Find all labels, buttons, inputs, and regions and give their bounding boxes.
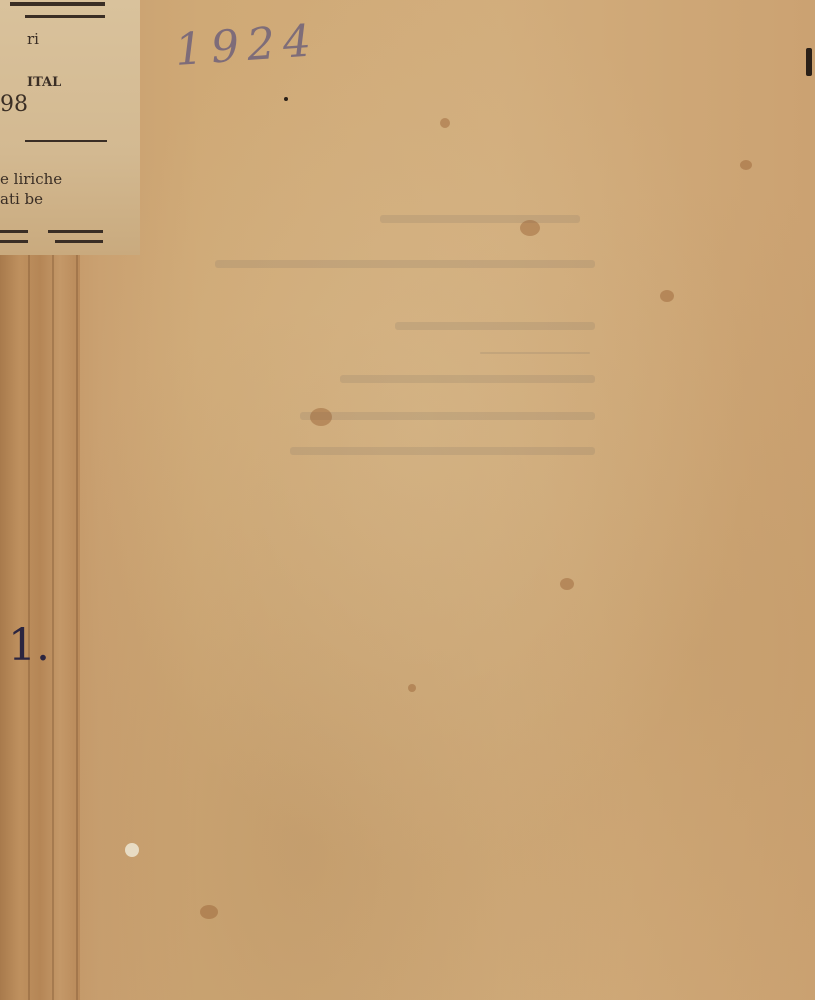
- bleed-through-line: [395, 322, 595, 330]
- label-line-4: e liriche: [0, 170, 62, 188]
- bleed-through-rule: [480, 352, 590, 354]
- worn-spot: [125, 843, 139, 857]
- label-line-5: ati be: [0, 190, 43, 208]
- label-rule: [55, 240, 103, 243]
- bleed-through-line: [300, 412, 595, 420]
- bleed-through-line: [380, 215, 580, 223]
- label-rule: [10, 2, 105, 6]
- bleed-through-line: [215, 260, 595, 268]
- stain-spot: [440, 118, 450, 128]
- stain-spot: [310, 408, 332, 426]
- bleed-through-line: [290, 447, 595, 455]
- label-line-2: ITAL: [27, 75, 61, 90]
- stain-spot: [560, 578, 574, 590]
- stain-spot: [200, 905, 218, 919]
- spine-handwritten-mark: 1.: [8, 620, 50, 671]
- label-rule: [0, 230, 28, 233]
- label-rule: [0, 240, 28, 243]
- label-rule: [25, 15, 105, 18]
- label-rule: [48, 230, 103, 233]
- label-rule: [25, 140, 107, 142]
- stain-spot: [660, 290, 674, 302]
- ink-dot: [284, 97, 288, 101]
- spine-label: ri ITAL 98 e liriche ati be: [0, 0, 140, 255]
- label-line-1: ri: [27, 30, 39, 48]
- handwritten-date: 1924: [173, 15, 320, 76]
- label-line-3: 98: [0, 92, 28, 117]
- stain-spot: [740, 160, 752, 170]
- bleed-through-line: [340, 375, 595, 383]
- edge-mark: [806, 48, 812, 76]
- stain-spot: [408, 684, 416, 692]
- stain-spot: [520, 220, 540, 236]
